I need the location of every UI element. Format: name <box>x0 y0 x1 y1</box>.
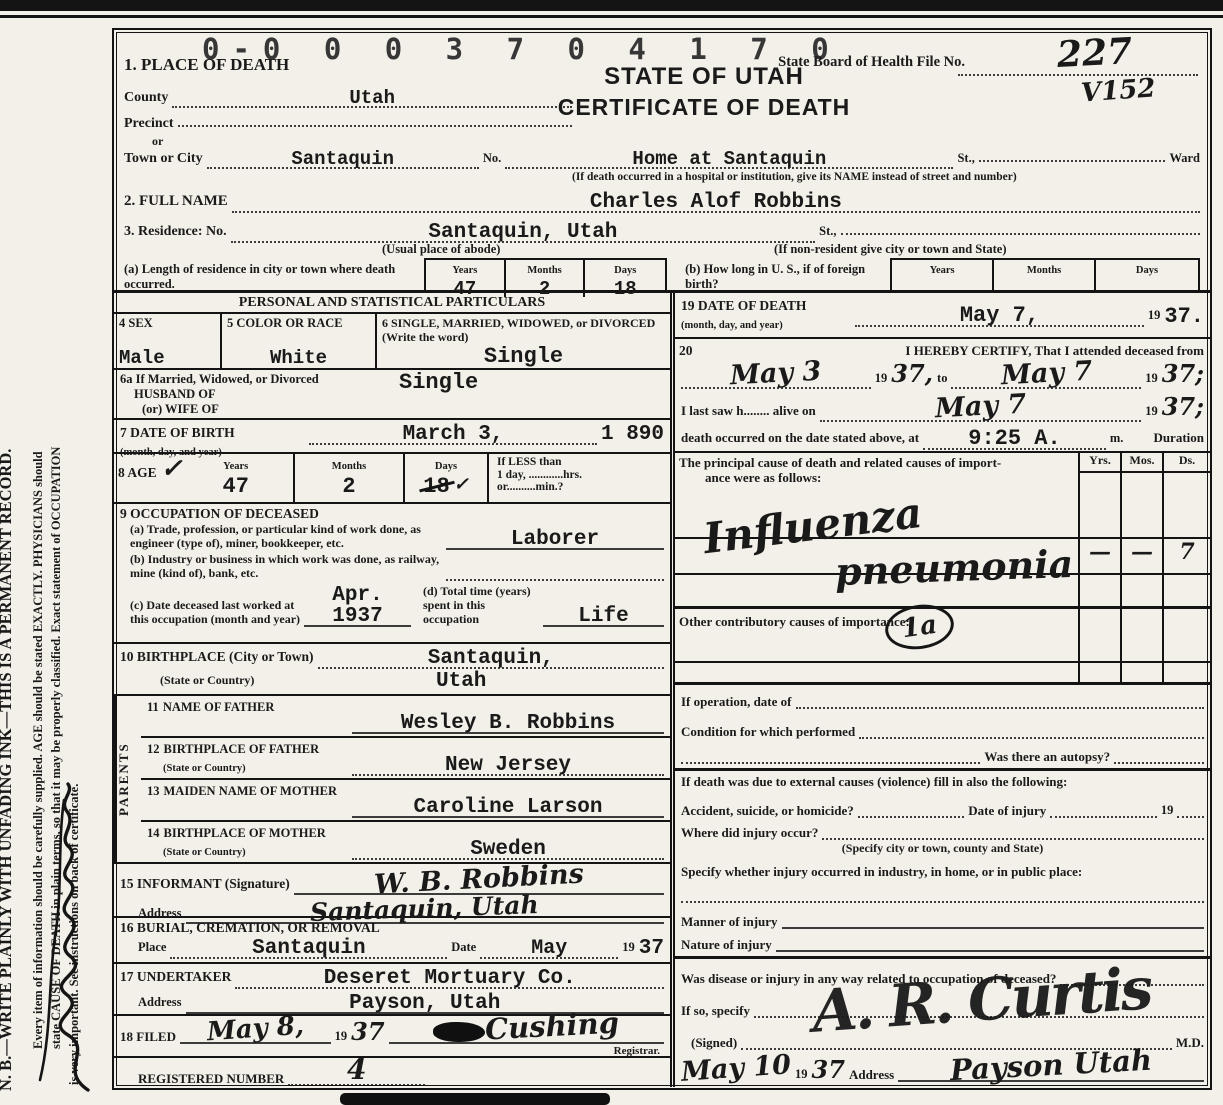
burial-date-value: May <box>531 937 567 960</box>
where-injury-label: Where did injury occur? <box>681 825 818 840</box>
length-b-label: (b) How long in U. S., if of foreign bir… <box>675 258 890 293</box>
specify-row: Specify whether injury occurred in indus… <box>675 861 1210 885</box>
occupation-c-value: Apr. 1937 <box>332 584 382 628</box>
death-certificate-scan: MARGIN RESERVED FOR BINDING N. B.—WRITE … <box>0 0 1223 1105</box>
race-cell: 5 COLOR OR RACE White <box>222 314 377 368</box>
age-checkmark: ✓ <box>161 454 183 484</box>
birthplace-row: 10 BIRTHPLACE (City or Town) Santaquin, … <box>114 644 670 696</box>
accident-underline <box>858 816 965 818</box>
signed-date-value: May 10 <box>680 1051 792 1086</box>
occupation-d-label: (d) Total time (years) spent in this occ… <box>411 584 539 626</box>
occupation-c-label: (c) Date deceased last worked at this oc… <box>120 598 300 626</box>
stamped-serial-number: 0-0 0 0 3 7 0 4 1 7 0 <box>202 32 842 66</box>
informant-line: 15 INFORMANT (Signature) W. B. Robbins <box>120 866 664 895</box>
date-of-death-year-prefix: 19 <box>1148 308 1161 323</box>
date-of-death-underline: May 7, <box>855 303 1144 327</box>
injury-date-underline <box>1050 816 1157 818</box>
undertaker-label: 17 UNDERTAKER <box>120 969 231 985</box>
parents-block: PARENTS 11 NAME OF FATHER Wesley B. Robb… <box>114 696 670 864</box>
signed-label: (Signed) <box>691 1035 737 1050</box>
length-b-table: Years Months Days <box>890 258 1200 293</box>
town-underline: Santaquin <box>207 148 479 169</box>
length-b-days-label: Days <box>1136 265 1158 276</box>
occupation-a-line: (a) Trade, profession, or particular kin… <box>120 522 664 550</box>
age-less-note3: or..........min.? <box>497 481 666 494</box>
duration-yrs-header: Yrs. <box>1078 453 1120 473</box>
residence-value: Santaquin, Utah <box>428 221 617 244</box>
certificate-frame: 0-0 0 0 3 7 0 4 1 7 0 1. PLACE OF DEATH … <box>112 28 1212 1090</box>
section-title: PERSONAL AND STATISTICAL PARTICULARS <box>114 293 670 314</box>
burial-row: 16 BURIAL, CREMATION, OR REMOVAL Place S… <box>114 918 670 964</box>
certify-m-label: m. <box>1110 431 1124 446</box>
date-of-death-sublabel: (month, day, and year) <box>681 320 783 331</box>
signed-year-value: 37 <box>812 1058 845 1082</box>
father-name-underline: Wesley B. Robbins <box>352 711 664 734</box>
marital-cell: 6 SINGLE, MARRIED, WIDOWED, or DIVORCED … <box>377 314 670 368</box>
marital-value: Single <box>484 346 563 368</box>
father-name-num: 11 <box>147 700 159 714</box>
age-cell: 8 AGE ✓ Years47 <box>114 454 295 502</box>
sex-value: Male <box>119 349 165 368</box>
occupation-d-value: Life <box>578 605 628 628</box>
birthplace-line1: 10 BIRTHPLACE (City or Town) Santaquin, <box>120 646 664 669</box>
certify-died-label: death occurred on the date stated above,… <box>681 430 919 445</box>
age-less-note2: 1 day, ............hrs. <box>497 469 666 482</box>
residence-underline: Santaquin, Utah <box>231 220 815 243</box>
birth-date-underline: March 3, <box>309 422 597 445</box>
parents-rows: 11 NAME OF FATHER Wesley B. Robbins 12 B… <box>141 696 670 862</box>
burial-date-underline: May <box>480 937 618 959</box>
filed-year-value: 37 <box>351 1020 384 1044</box>
medical-certificate-column: 19 DATE OF DEATH (month, day, and year) … <box>675 293 1210 1087</box>
occupation-d-underline: Life <box>543 604 664 627</box>
county-value: Utah <box>349 87 395 109</box>
burial-place-value: Santaquin <box>252 937 365 960</box>
duration-ds-header: Ds. <box>1162 453 1210 473</box>
age-days-cell: Days 18 ✓ <box>405 454 489 502</box>
specify-blank-row <box>675 885 1210 907</box>
certify-saw-line: I last saw h........ alive on May 7 1937… <box>681 393 1204 422</box>
scan-top-border-line <box>0 15 1223 18</box>
personal-particulars-column: PERSONAL AND STATISTICAL PARTICULARS 4 S… <box>114 293 675 1087</box>
accident-label: Accident, suicide, or homicide? <box>681 803 854 818</box>
filed-year-prefix: 19 <box>335 1029 348 1044</box>
where-injury-row: Where did injury occur? (Specify city or… <box>675 823 1210 861</box>
residence-st-underline <box>841 233 1201 235</box>
operation-row: If operation, date of <box>675 685 1210 715</box>
age-days-value: 18 <box>423 474 449 499</box>
race-label: 5 COLOR OR RACE <box>227 316 370 331</box>
father-bp-value: New Jersey <box>445 754 571 777</box>
occupation-block: 9 OCCUPATION OF DECEASED (a) Trade, prof… <box>114 504 670 644</box>
undertaker-underline: Deseret Mortuary Co. <box>235 966 664 989</box>
contributory-label: Other contributory causes of importance: <box>679 614 910 629</box>
birth-year-value: 1 890 <box>601 424 664 445</box>
occupation-d-line: (d) Total time (years) spent in this occ… <box>411 583 664 627</box>
town-label: Town or City <box>124 151 203 168</box>
undertaker-line: 17 UNDERTAKER Deseret Mortuary Co. <box>120 966 664 989</box>
abode-note: (Usual place of abode) <box>382 242 500 257</box>
length-a-label: (a) Length of residence in city or town … <box>124 258 424 293</box>
signed-date-address-row: May 10 1937 Address Payson Utah <box>675 1055 1210 1087</box>
length-a-years-label: Years <box>452 265 477 276</box>
length-a-months-label: Months <box>527 265 561 276</box>
father-birthplace-row: 12 BIRTHPLACE OF FATHER(State or Country… <box>141 738 670 780</box>
external-causes-label: If death was due to external causes (vio… <box>681 774 1067 789</box>
birthplace-label: 10 BIRTHPLACE (City or Town) <box>120 649 314 665</box>
precinct-underline <box>178 125 573 127</box>
manner-label: Manner of injury <box>681 914 778 929</box>
date-of-death-year: 37. <box>1164 306 1204 328</box>
father-name-label: NAME OF FATHER <box>163 700 275 714</box>
registered-number-row: REGISTERED NUMBER 4 <box>114 1058 670 1092</box>
place-of-death-heading: 1. PLACE OF DEATH <box>124 55 289 75</box>
certify-from-year: 37, <box>891 362 933 386</box>
cause-intro1: The principal cause of death and related… <box>679 455 1074 470</box>
length-b-months-label: Months <box>1027 265 1061 276</box>
full-name-value: Charles Alof Robbins <box>590 191 842 214</box>
residence-label: 3. Residence: No. <box>124 224 227 241</box>
age-years-value: 47 <box>223 474 249 499</box>
burial-date-label: Date <box>451 940 476 955</box>
mother-name-underline: Caroline Larson <box>352 795 664 818</box>
birth-date-value: March 3, <box>403 423 504 446</box>
st-underline <box>979 160 1166 162</box>
specify-label: Specify whether injury occurred in indus… <box>681 864 1082 879</box>
sex-race-marital-row: 4 SEX Male 5 COLOR OR RACE White 6 SINGL… <box>114 314 670 370</box>
certificate-body: PERSONAL AND STATISTICAL PARTICULARS 4 S… <box>114 293 1210 1087</box>
certify-block: 20 I HEREBY CERTIFY, That I attended dec… <box>675 339 1210 453</box>
full-name-label: 2. FULL NAME <box>124 193 228 211</box>
certify-died-line: death occurred on the date stated above,… <box>681 426 1204 450</box>
hospital-note: (If death occurred in a hospital or inst… <box>572 171 1017 185</box>
age-months-cell: Months 2 <box>295 454 405 502</box>
cause-duration-yrs: — <box>1078 539 1120 575</box>
father-name-row: 11 NAME OF FATHER Wesley B. Robbins <box>141 696 670 738</box>
residence-st-label: St., <box>819 224 836 239</box>
length-b-block: (b) How long in U. S., if of foreign bir… <box>675 258 1200 293</box>
date-of-death-row: 19 DATE OF DEATH (month, day, and year) … <box>675 293 1210 339</box>
nonresident-note: (If non-resident give city or town and S… <box>774 242 1007 257</box>
file-no-label: State Board of Health File No. <box>778 54 965 71</box>
spouse-label1: 6a If Married, Widowed, or Divorced <box>120 372 664 387</box>
undertaker-value: Deseret Mortuary Co. <box>324 967 576 990</box>
mother-bp-value: Sweden <box>470 838 546 861</box>
birthplace-value: Santaquin, <box>428 647 554 670</box>
length-a-block: (a) Length of residence in city or town … <box>124 258 675 293</box>
full-name-line: 2. FULL NAME Charles Alof Robbins <box>124 190 1200 213</box>
filed-date-underline: May 8, <box>180 1016 331 1044</box>
length-a-days-label: Days <box>614 265 636 276</box>
informant-underline: W. B. Robbins <box>294 866 664 895</box>
birth-date-row: 7 DATE OF BIRTH (month, day, and year) M… <box>114 420 670 454</box>
mother-name-label: MAIDEN NAME OF MOTHER <box>164 784 338 798</box>
certify-saw-underline: May 7 <box>820 393 1142 422</box>
margin-nb-note: N. B.—WRITE PLAINLY WITH UNFADING INK—TH… <box>0 449 16 1091</box>
age-less-cell: If LESS than 1 day, ............hrs. or.… <box>489 454 670 502</box>
mother-name-num: 13 <box>147 784 160 798</box>
residence-line: 3. Residence: No. Santaquin, Utah St., <box>124 220 1200 243</box>
street-no-value: Home at Santaquin <box>632 148 826 170</box>
injury-year-underline <box>1177 816 1204 818</box>
certify-to-label: to <box>937 371 947 386</box>
burial-line: Place Santaquin Date May 1937 <box>120 936 664 959</box>
registered-number-label: REGISTERED NUMBER <box>138 1071 284 1086</box>
occupation-c-line: (c) Date deceased last worked at this oc… <box>120 583 411 627</box>
occupation-heading: 9 OCCUPATION OF DECEASED <box>120 506 664 522</box>
street-no-underline: Home at Santaquin <box>505 148 953 169</box>
cause-line2-value: pneumonia <box>834 545 1073 591</box>
occupation-b-line: (b) Industry or business in which work w… <box>120 552 664 580</box>
age-label: 8 AGE <box>118 465 157 480</box>
certify-text: I HEREBY CERTIFY, That I attended deceas… <box>681 341 1204 358</box>
cause-duration-ds: 7 <box>1162 539 1210 575</box>
injury-date-label: Date of injury <box>968 803 1046 818</box>
filed-label: 18 FILED <box>120 1029 176 1044</box>
if-so-specify-label: If so, specify <box>681 1003 750 1018</box>
autopsy-underline <box>1114 762 1204 764</box>
parents-vertical-label: PARENTS <box>114 696 141 862</box>
or-word: or <box>152 134 163 148</box>
sex-label: 4 SEX <box>119 316 215 331</box>
father-name-value: Wesley B. Robbins <box>401 712 615 735</box>
certify-saw-value: May 7 <box>934 391 1027 423</box>
certificate-title: CERTIFICATE OF DEATH <box>494 94 914 121</box>
mother-bp-underline: Sweden <box>352 837 664 860</box>
burial-year-prefix: 19 <box>622 940 635 955</box>
registrar-underline: Cushing <box>389 1012 664 1044</box>
certify-from-year-prefix: 19 <box>875 371 888 386</box>
occupation-a-label: (a) Trade, profession, or particular kin… <box>120 522 442 550</box>
father-bp-sublabel: (State or Country) <box>163 763 246 774</box>
mother-name-row: 13 MAIDEN NAME OF MOTHER Caroline Larson <box>141 780 670 822</box>
town-line: Town or City Santaquin No. Home at Santa… <box>124 148 1200 169</box>
occupation-b-label: (b) Industry or business in which work w… <box>120 552 442 580</box>
mother-bp-num: 14 <box>147 826 160 840</box>
st-label: St., <box>957 151 974 166</box>
certify-saw-label: I last saw h........ alive on <box>681 403 816 418</box>
street-no-label: No. <box>483 151 501 166</box>
age-months-label: Months <box>332 461 366 472</box>
county-label: County <box>124 90 168 107</box>
undertaker-address-label: Address <box>138 995 182 1010</box>
informant-row: 15 INFORMANT (Signature) W. B. Robbins A… <box>114 864 670 918</box>
injury-year-prefix: 19 <box>1161 803 1174 818</box>
certify-from-value: May 3 <box>730 358 823 390</box>
external-causes-intro: If death was due to external causes (vio… <box>675 771 1210 795</box>
operation-label: If operation, date of <box>681 694 792 709</box>
specify-underline <box>681 901 1204 903</box>
file-no-value: 227 <box>1056 33 1133 73</box>
certificate-header: 0-0 0 0 3 7 0 4 1 7 0 1. PLACE OF DEATH … <box>114 30 1210 293</box>
where-injury-underline <box>822 838 1204 840</box>
duration-label: Duration <box>1153 430 1204 445</box>
sex-cell: 4 SEX Male <box>114 314 222 368</box>
operation-underline <box>796 707 1205 709</box>
condition-row: Condition for which performed <box>675 715 1210 745</box>
certify-from-underline: May 3 <box>681 360 871 389</box>
scan-top-border <box>0 0 1223 11</box>
ward-label: Ward <box>1169 151 1200 166</box>
occupation-b-underline <box>446 579 664 581</box>
burial-year-value: 37 <box>639 938 664 959</box>
nature-label: Nature of injury <box>681 937 772 952</box>
birthplace-underline: Santaquin, <box>318 646 664 669</box>
length-a-table: Years47 Months2 Days18 <box>424 258 667 293</box>
birthplace-state-area: Utah <box>258 669 664 690</box>
condition-underline <box>859 737 1204 739</box>
certify-num: 20 <box>679 343 693 359</box>
father-bp-label: BIRTHPLACE OF FATHER <box>164 742 320 756</box>
signed-address-underline: Payson Utah <box>898 1051 1204 1082</box>
registered-number-underline: 4 <box>288 1056 425 1086</box>
spouse-row: 6a If Married, Widowed, or Divorced HUSB… <box>114 370 670 420</box>
spouse-value: Single <box>399 372 478 414</box>
occupation-a-value: Laborer <box>511 528 599 551</box>
where-injury-note: (Specify city or town, county and State) <box>681 841 1204 855</box>
manner-underline <box>782 927 1204 929</box>
length-b-years-label: Years <box>930 265 955 276</box>
autopsy-row: Was there an autopsy? <box>675 745 1210 771</box>
binding-margin: MARGIN RESERVED FOR BINDING N. B.—WRITE … <box>0 20 112 1105</box>
mother-birthplace-row: 14 BIRTHPLACE OF MOTHER(State or Country… <box>141 822 670 862</box>
burial-place-label: Place <box>138 940 166 955</box>
signed-address-label: Address <box>849 1067 894 1082</box>
mother-bp-sublabel: (State or Country) <box>163 847 246 858</box>
occupation-c-underline: Apr. 1937 <box>304 583 411 627</box>
certify-saw-year: 37; <box>1162 395 1204 419</box>
birthplace-line2: (State or Country) Utah <box>120 669 664 690</box>
certify-time-value: 9:25 A. <box>968 426 1060 451</box>
age-days-checkmark: ✓ <box>454 474 469 495</box>
certify-from-line: May 3 1937, to May 7 1937; <box>681 360 1204 389</box>
cause-duration-mos: — <box>1120 539 1162 575</box>
nature-underline <box>776 950 1204 952</box>
age-months-value: 2 <box>342 474 355 499</box>
father-bp-num: 12 <box>147 742 160 756</box>
mother-bp-label: BIRTHPLACE OF MOTHER <box>164 826 326 840</box>
cause-intro2: ance were as follows: <box>705 470 1074 485</box>
marital-label: 6 SINGLE, MARRIED, WIDOWED, or DIVORCED … <box>382 316 665 344</box>
manner-row: Manner of injury <box>675 907 1210 933</box>
cause-of-death-block: The principal cause of death and related… <box>675 453 1210 685</box>
registrar-label: Registrar. <box>614 1045 660 1057</box>
age-days-label: Days <box>435 461 457 472</box>
registered-number-value: 4 <box>347 1053 366 1086</box>
ink-blot <box>433 1022 485 1042</box>
certify-saw-year-prefix: 19 <box>1145 404 1158 419</box>
certify-time-underline: 9:25 A. <box>923 426 1106 450</box>
filed-date-value: May 8, <box>206 1013 305 1046</box>
occupation-cd-line: (c) Date deceased last worked at this oc… <box>120 583 664 627</box>
race-value: White <box>270 349 327 368</box>
condition-label: Condition for which performed <box>681 724 855 739</box>
file-no-extra: V152 <box>1080 75 1156 106</box>
age-row: 8 AGE ✓ Years47 Months 2 Days 18 ✓ If <box>114 454 670 504</box>
informant-label: 15 INFORMANT (Signature) <box>120 876 290 892</box>
age-less-note1: If LESS than <box>497 456 666 469</box>
accident-row: Accident, suicide, or homicide? Date of … <box>675 795 1210 823</box>
certify-to-underline: May 7 <box>951 360 1141 389</box>
birthplace-sublabel: (State or Country) <box>160 673 254 687</box>
mother-name-value: Caroline Larson <box>413 796 602 819</box>
precinct-label: Precinct <box>124 116 174 133</box>
residence-length-row: (a) Length of residence in city or town … <box>124 258 1200 293</box>
md-label: M.D. <box>1176 1035 1204 1050</box>
autopsy-pre-underline <box>681 762 980 764</box>
filed-row: 18 FILED May 8, 1937 Cushing Registrar. <box>114 1016 670 1058</box>
town-value: Santaquin <box>291 148 394 170</box>
duration-mos-header: Mos. <box>1120 453 1162 473</box>
margin-signature <box>18 780 110 1100</box>
burial-place-underline: Santaquin <box>170 936 447 959</box>
registrar-signature: Cushing <box>485 1008 620 1044</box>
date-of-death-value: May 7, <box>960 303 1039 328</box>
certify-to-value: May 7 <box>1000 358 1093 390</box>
father-bp-underline: New Jersey <box>352 753 664 776</box>
signed-address-value: Payson Utah <box>949 1046 1152 1086</box>
scan-ink-mark <box>340 1093 610 1105</box>
certify-to-year: 37; <box>1162 362 1204 386</box>
date-of-death-label: 19 DATE OF DEATH <box>681 298 806 313</box>
full-name-underline: Charles Alof Robbins <box>232 190 1200 213</box>
age-years-label: Years <box>223 461 248 472</box>
birthplace-state-value: Utah <box>436 670 486 693</box>
birth-date-label: 7 DATE OF BIRTH <box>120 425 235 440</box>
signed-year-prefix: 19 <box>795 1067 808 1082</box>
certify-to-year-prefix: 19 <box>1145 371 1158 386</box>
burial-label: 16 BURIAL, CREMATION, OR REMOVAL <box>120 920 664 936</box>
autopsy-label: Was there an autopsy? <box>984 749 1110 764</box>
occupation-a-underline: Laborer <box>446 527 664 550</box>
